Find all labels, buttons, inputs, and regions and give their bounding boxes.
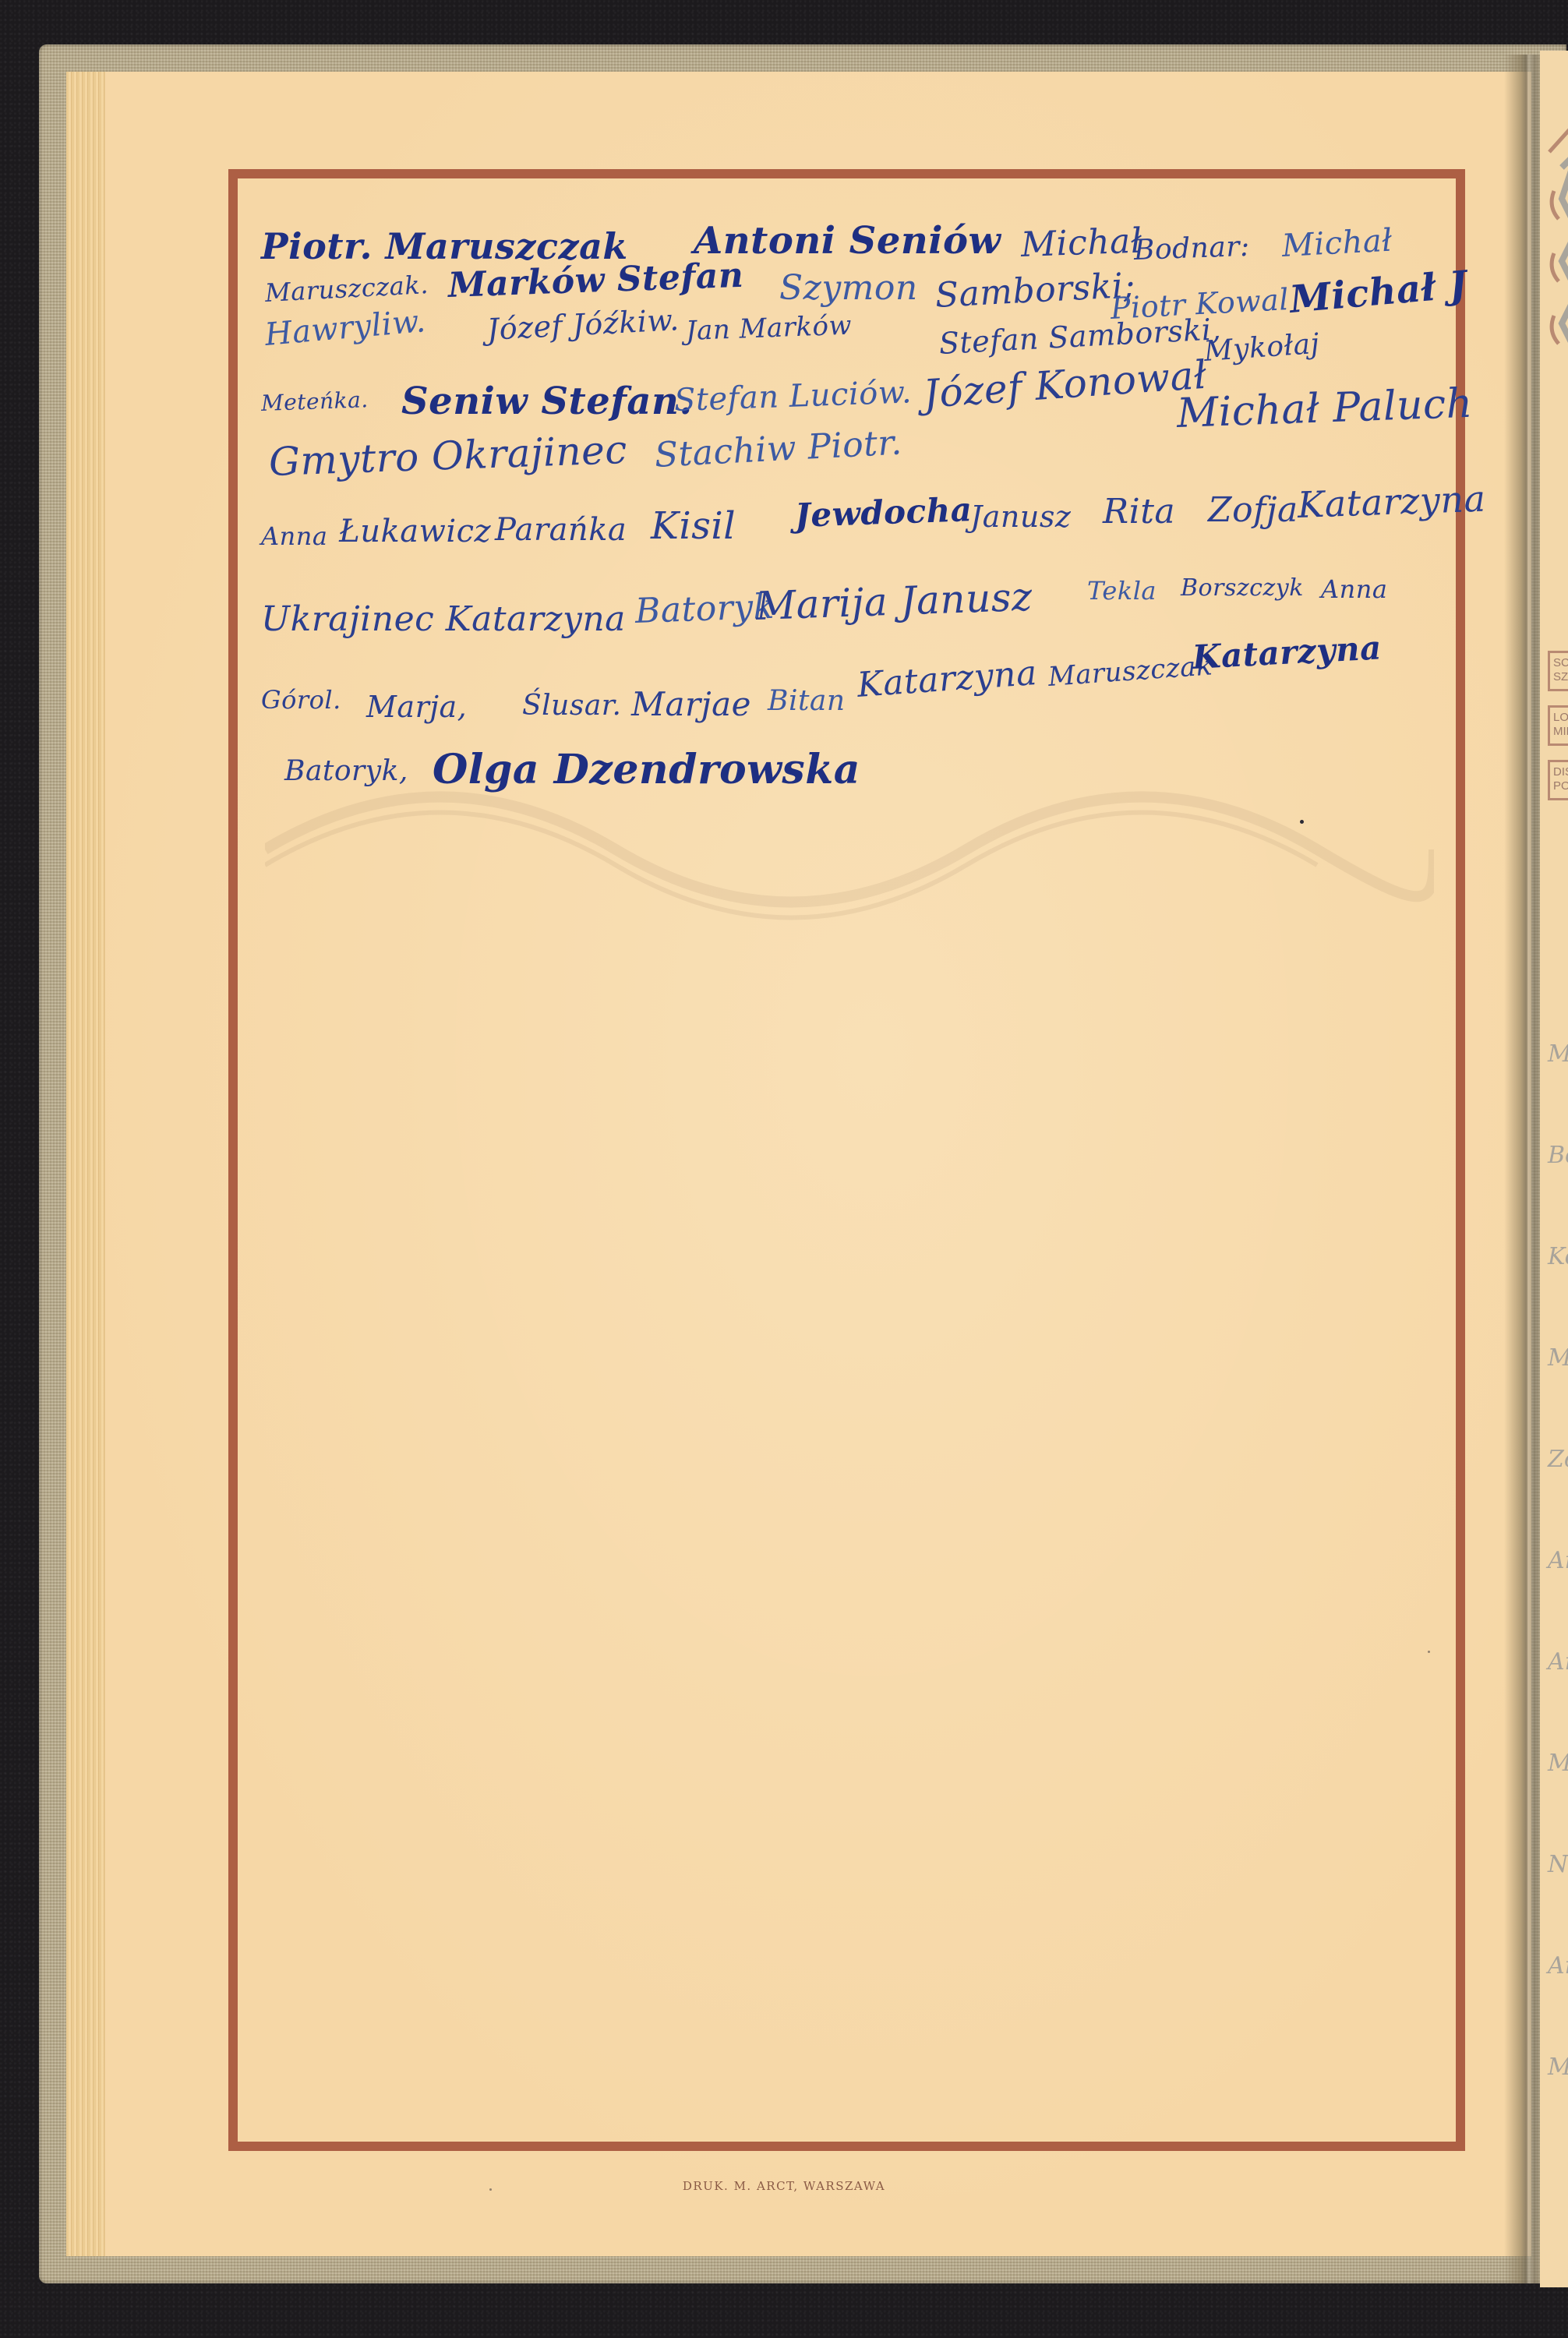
- handwritten-signature: Maruszczak: [1047, 650, 1214, 693]
- handwritten-signature: Ślusar.: [522, 690, 622, 722]
- handwritten-signature: Zofja: [1208, 490, 1298, 530]
- page-edges: [66, 72, 105, 2256]
- handwritten-signature: Jewdocha: [794, 490, 973, 535]
- facing-page-handwriting: Mar: [1548, 1040, 1568, 1068]
- handwritten-signature: Katarzyna: [856, 653, 1038, 705]
- handwritten-signature: Marjae: [631, 685, 751, 723]
- facing-page-handwriting: Nata: [1548, 1851, 1568, 1878]
- signature-area: Piotr. MaruszczakAntoni SeniówMichałBodn…: [238, 178, 1456, 2142]
- handwritten-signature: Parańka: [495, 512, 627, 548]
- handwritten-signature: Batoryk,: [284, 755, 408, 787]
- facing-page-handwriting: Ma: [1548, 1750, 1568, 1777]
- handwritten-signature: Maruszczak.: [264, 270, 429, 308]
- handwritten-signature: Bodnar:: [1133, 231, 1250, 267]
- handwritten-signature: Szymon: [779, 268, 918, 308]
- handwritten-signature: Batoryk: [634, 587, 775, 631]
- facing-page-handwriting: Ann: [1548, 1648, 1568, 1676]
- handwritten-signature: Michał: [1020, 221, 1142, 265]
- handwritten-signature: Hawryliw.: [263, 303, 427, 353]
- handwritten-signature: Ukrajinec Katarzyna: [261, 599, 626, 639]
- handwritten-signature: Anna: [261, 521, 327, 551]
- facing-page-label: DISTRPOW: [1548, 760, 1568, 800]
- ink-speck: [1428, 1651, 1430, 1653]
- handwritten-signature: Katarzyna: [1192, 628, 1383, 676]
- facing-page: SCHOSZKOLOCAMIEJSDISTRPOWMarBoKonMaZosAn…: [1540, 51, 1568, 2287]
- handwritten-signature: Kisil: [651, 504, 736, 548]
- facing-page-handwriting: Ma: [1548, 1344, 1568, 1372]
- handwritten-signature: Jan Marków: [685, 310, 852, 347]
- handwritten-signature: Stachiw Piotr.: [654, 422, 903, 475]
- handwritten-signature: Józef Konował: [922, 352, 1208, 417]
- facing-page-handwriting: Ann: [1548, 1547, 1568, 1574]
- facing-page-handwriting: Ann: [1548, 1952, 1568, 1980]
- handwritten-signature: Michał: [1281, 223, 1393, 264]
- handwritten-signature: Marija Janusz: [755, 574, 1033, 629]
- facing-page-handwriting: Mari: [1548, 2054, 1568, 2081]
- handwritten-signature: Marja,: [366, 690, 467, 724]
- facing-page-handwriting: Zos: [1548, 1446, 1568, 1473]
- facing-page-handwriting: Kon: [1548, 1243, 1568, 1270]
- handwritten-signature: Michał J: [1288, 263, 1469, 322]
- handwritten-signature: Łukawicz: [339, 514, 491, 549]
- handwritten-signature: Samborski;: [934, 266, 1136, 316]
- printer-imprint: DRUK. M. ARCT, WARSZAWA: [0, 2179, 1568, 2193]
- facing-page-ornament: [1546, 121, 1568, 386]
- book-gutter: [1504, 55, 1545, 2283]
- handwritten-signature: Rita: [1103, 492, 1175, 532]
- handwritten-signature: Seniw Stefan.: [401, 380, 693, 423]
- handwritten-signature: Borszczyk: [1181, 574, 1304, 602]
- handwritten-signature: Olga Dzendrowska: [433, 746, 860, 793]
- handwritten-signature: Górol.: [261, 685, 341, 715]
- handwritten-signature: Meteńka.: [260, 387, 369, 416]
- ink-speck: [1300, 820, 1304, 824]
- handwritten-signature: Janusz: [970, 500, 1071, 534]
- facing-page-label: LOCAMIEJS: [1548, 705, 1568, 746]
- ink-speck: [489, 2188, 492, 2191]
- handwritten-signature: Tekla: [1087, 576, 1157, 606]
- facing-page-label: SCHOSZKO: [1548, 651, 1568, 691]
- handwritten-signature: Bitan: [768, 685, 846, 717]
- handwritten-signature: Gmytro Okrajinec: [268, 427, 628, 485]
- handwritten-signature: Anna: [1321, 574, 1387, 604]
- handwritten-signature: Józef Jóźkiw.: [486, 302, 680, 347]
- handwritten-signature: Stefan Luciów.: [673, 374, 913, 419]
- handwritten-signature: Michał Paluch: [1176, 380, 1474, 437]
- handwritten-signature: Katarzyna: [1297, 478, 1486, 526]
- facing-page-handwriting: Bo: [1548, 1142, 1568, 1169]
